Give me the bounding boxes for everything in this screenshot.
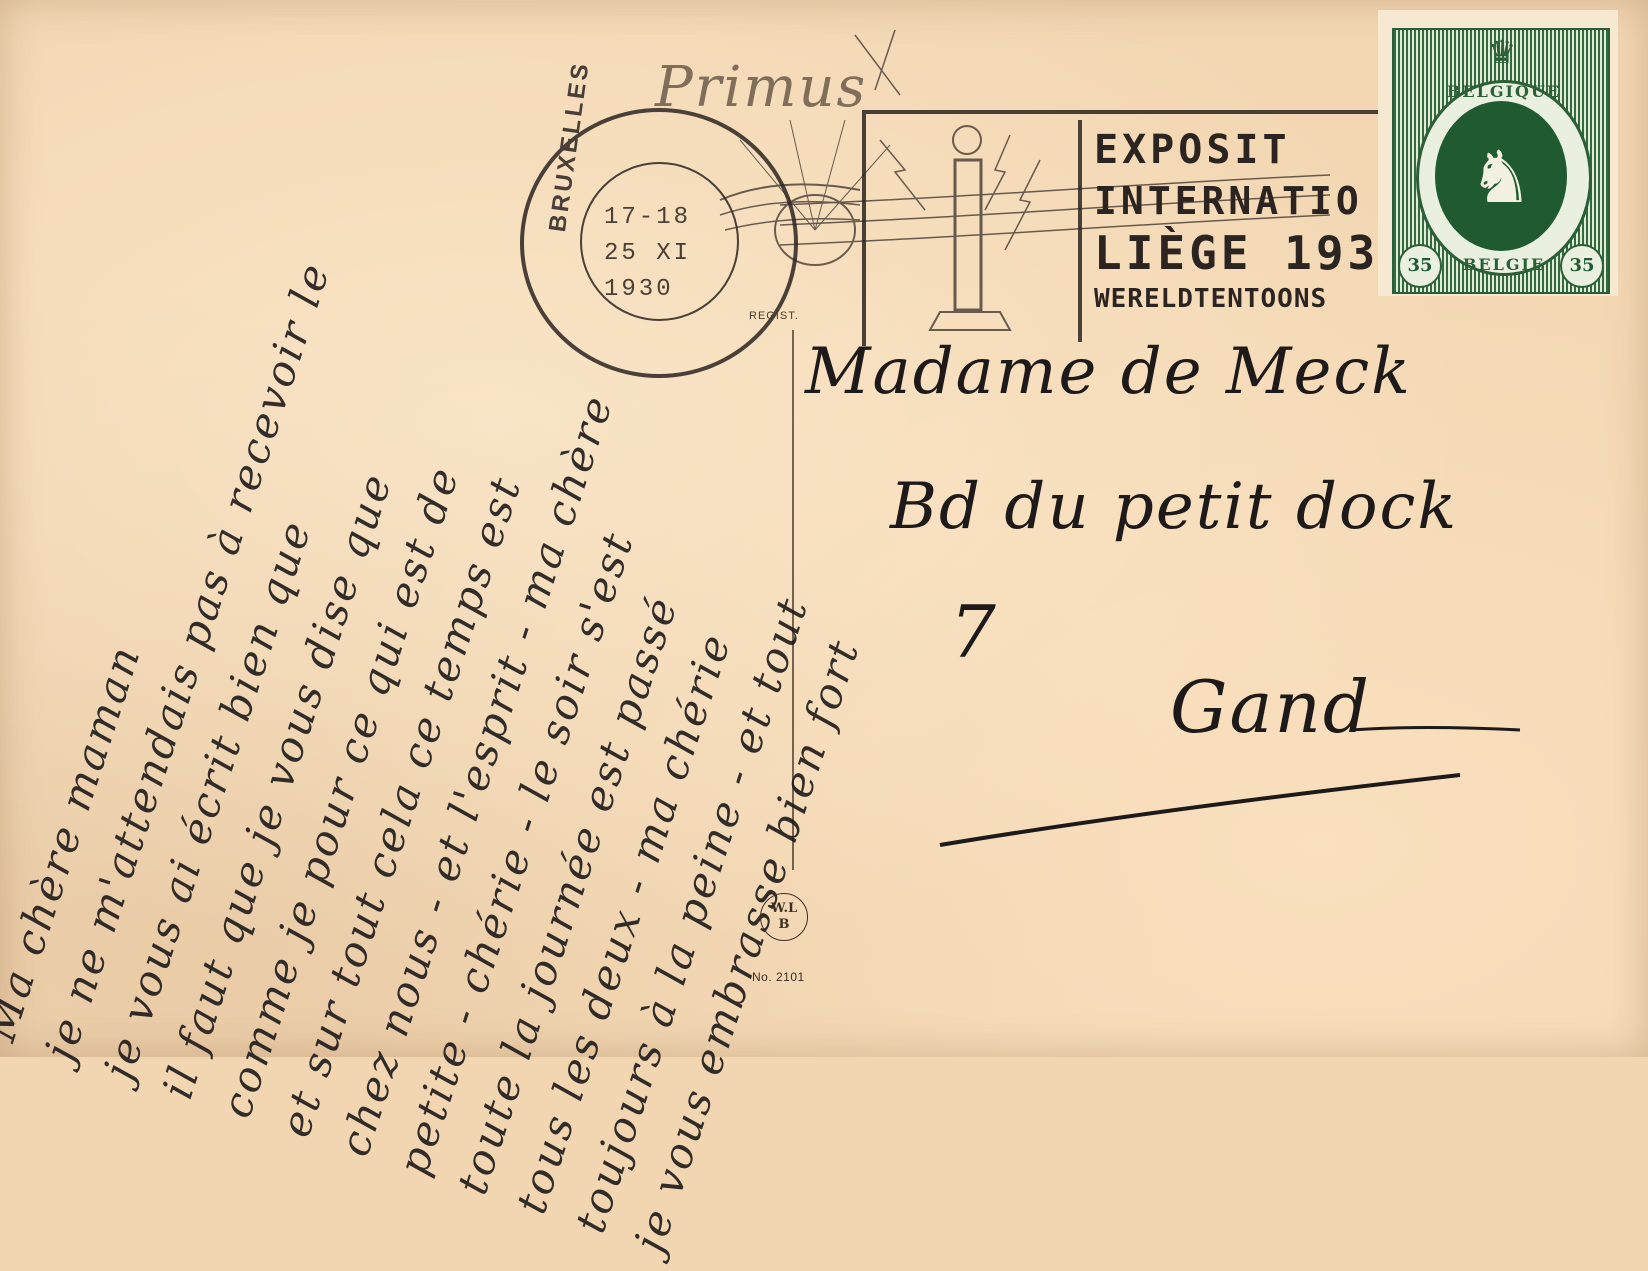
postcard-back: Primus BRUXELLES 17-18 25 XI 1930 EXPOSI… bbox=[0, 0, 1648, 1057]
publisher-logo-line1: W.L bbox=[761, 901, 807, 917]
publisher-logo: W.L B bbox=[760, 893, 808, 941]
publisher-logo-line2: B bbox=[761, 917, 807, 933]
publisher-number: No. 2101 bbox=[752, 970, 805, 984]
